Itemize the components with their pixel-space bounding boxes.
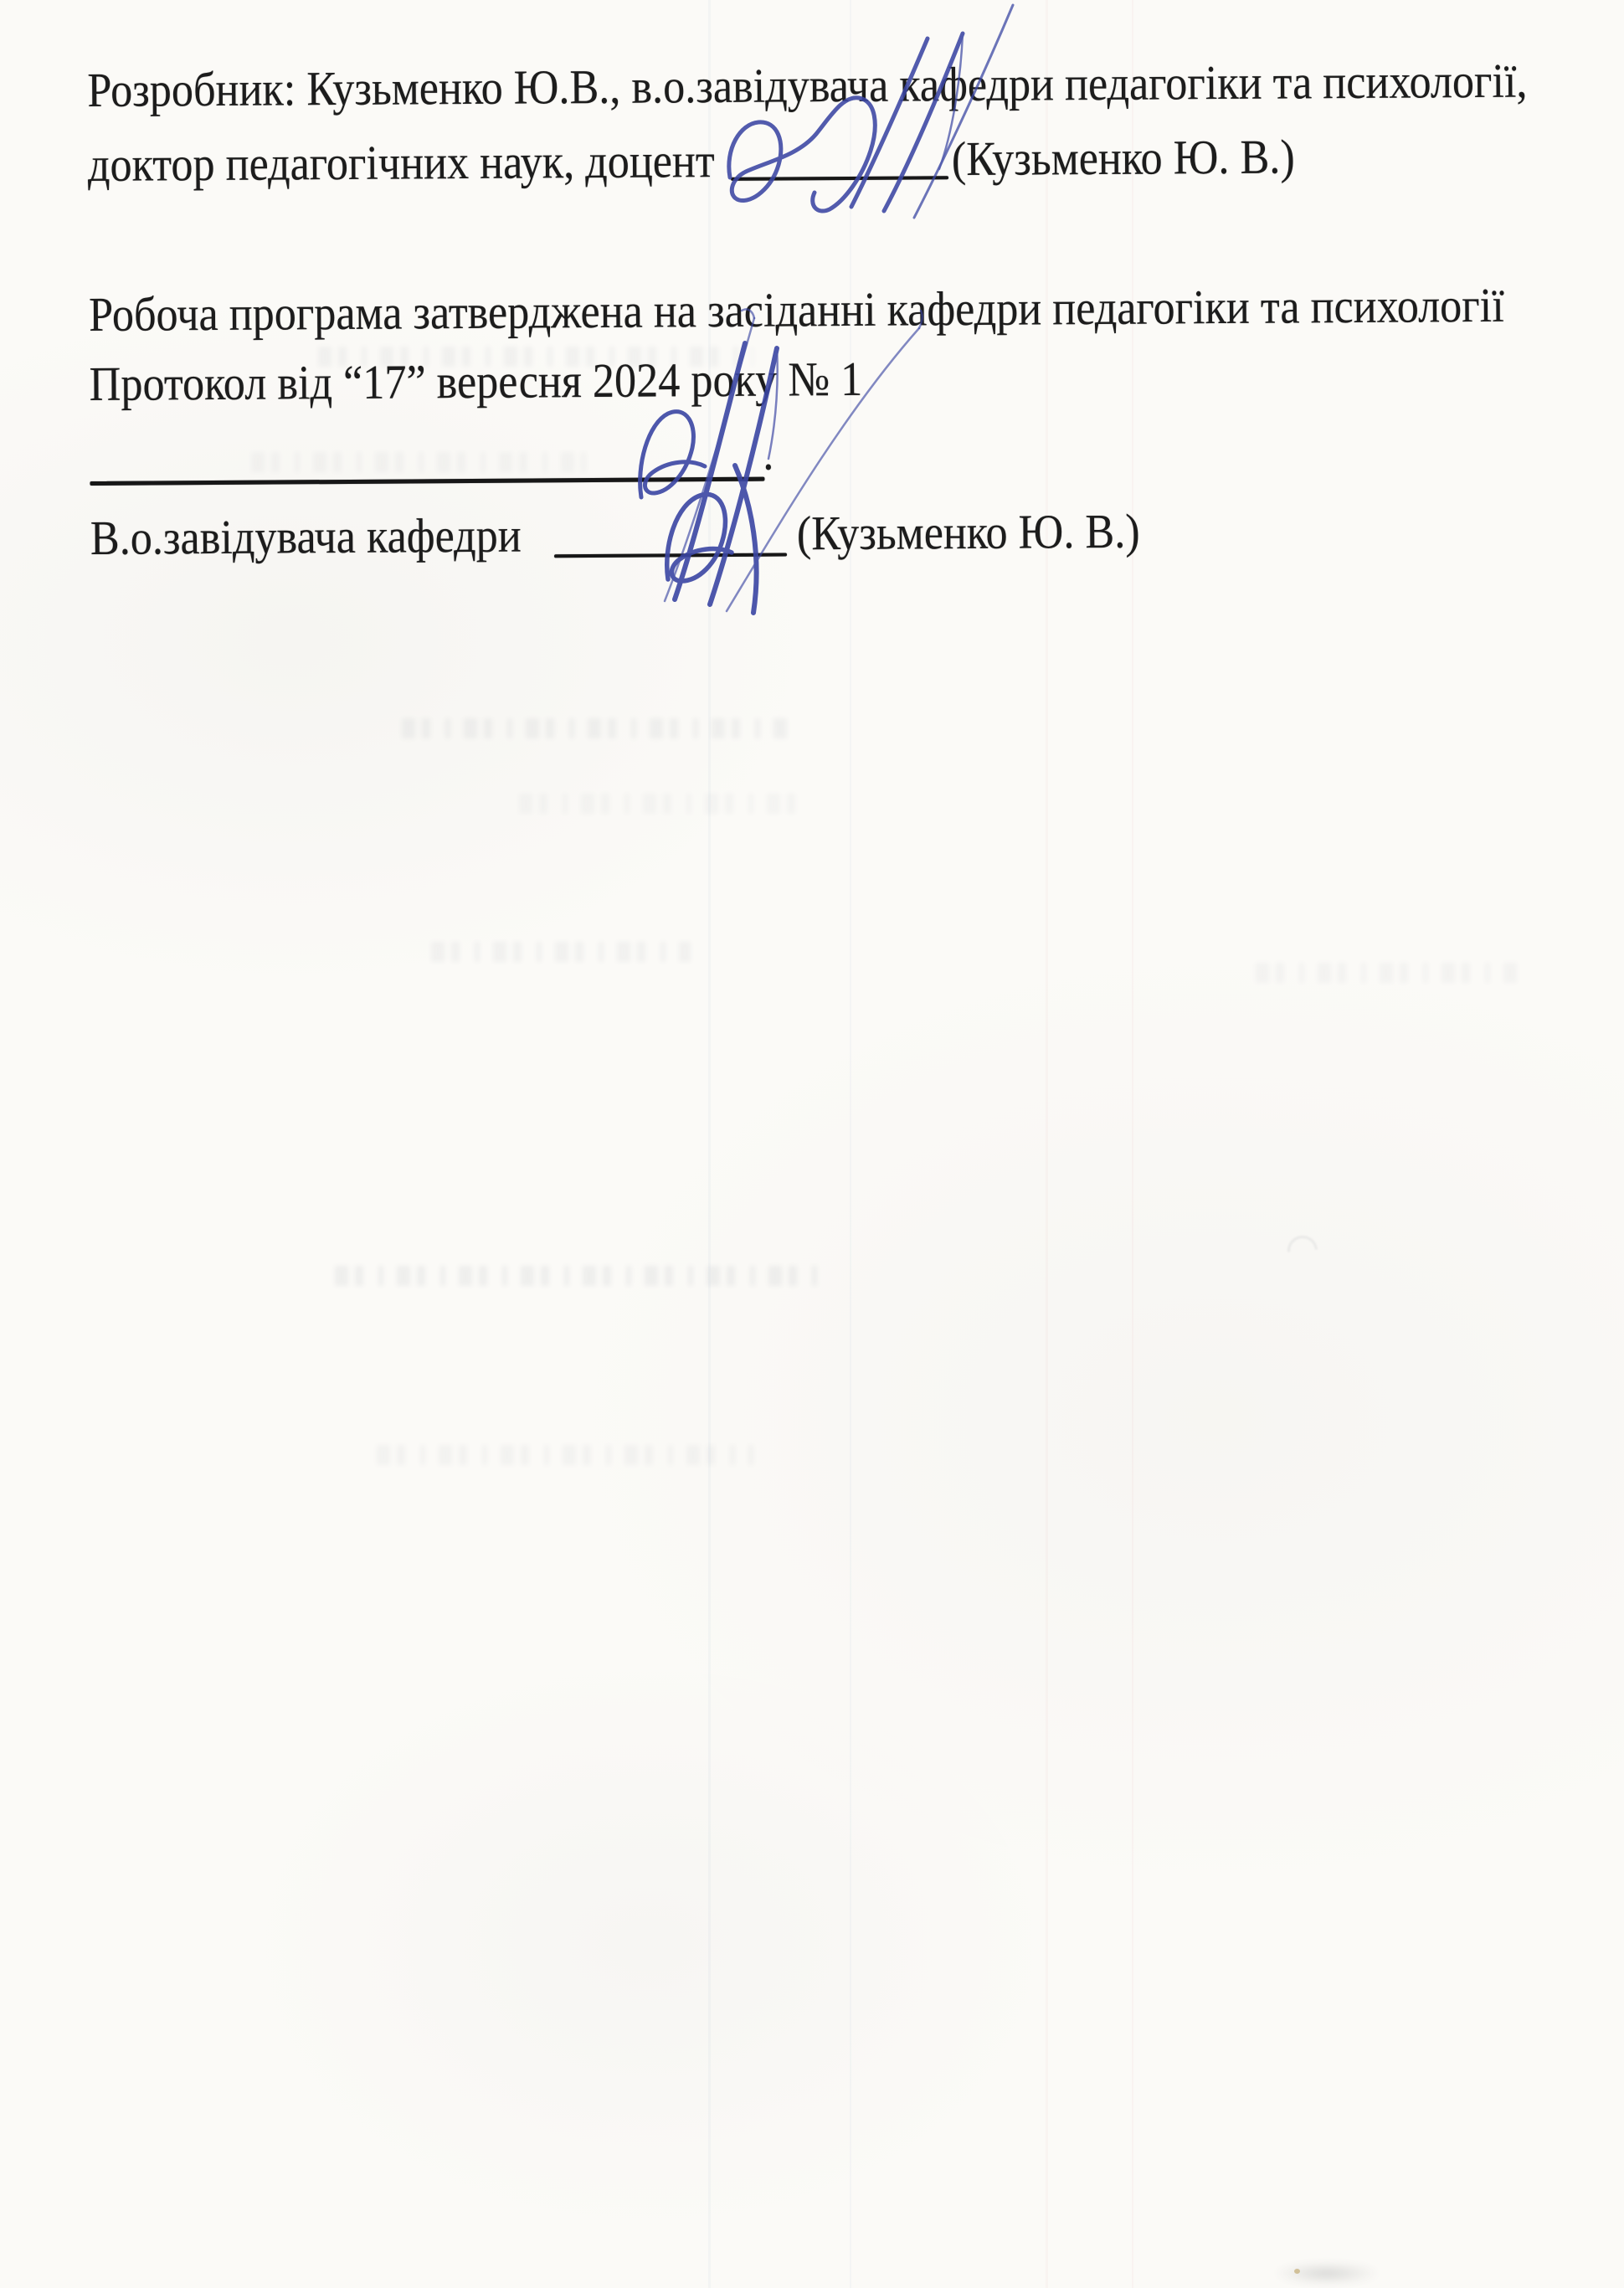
developer-degree-line: доктор педагогічних наук, доцент xyxy=(88,136,715,189)
blank-signature-line xyxy=(90,477,764,486)
blank-line-period: . xyxy=(763,429,773,478)
scanned-document-page: Розробник: Кузьменко Ю.В., в.о.завідувач… xyxy=(0,0,1624,2288)
typed-text-block: Розробник: Кузьменко Ю.В., в.о.завідувач… xyxy=(0,0,1624,2288)
protocol-line: Протокол від “17” вересня 2024 року № 1 xyxy=(89,355,862,409)
approval-name-caption: (Кузьменко Ю. В.) xyxy=(797,507,1140,558)
developer-name-caption: (Кузьменко Ю. В.) xyxy=(952,132,1295,183)
signature-line-approval xyxy=(554,553,787,558)
developer-intro-line: Розробник: Кузьменко Ю.В., в.о.завідувач… xyxy=(87,57,1528,115)
approval-position-label: В.о.завідувача кафедри xyxy=(90,512,522,563)
signature-line-degree xyxy=(731,176,948,181)
approval-statement-line: Робоча програма затверджена на засіданні… xyxy=(89,281,1504,339)
